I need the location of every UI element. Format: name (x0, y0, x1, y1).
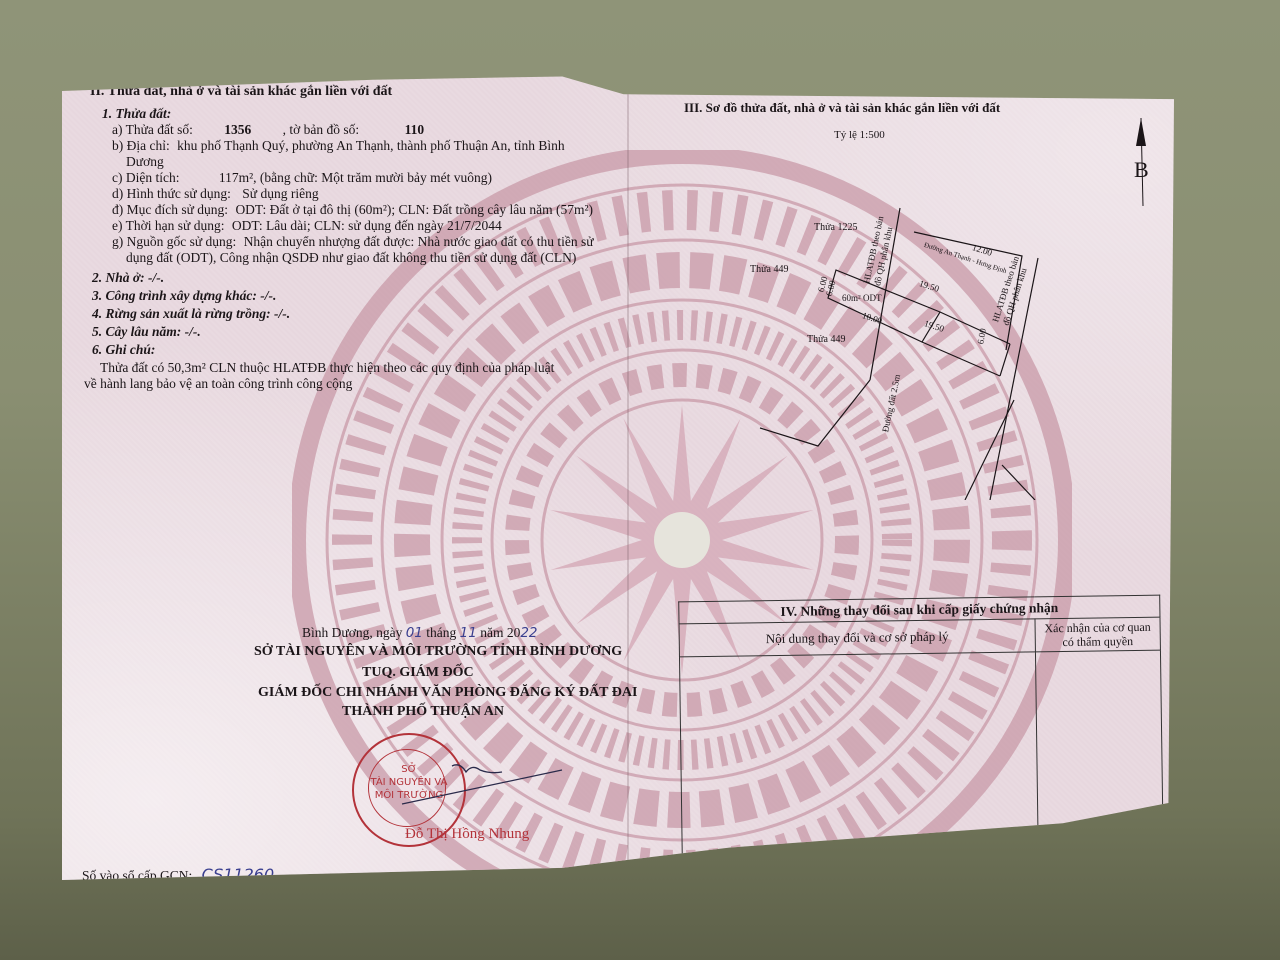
changes-table: IV. Những thay đổi sau khi cấp giấy chứn… (678, 595, 1164, 862)
label-thua-1225: Thửa 1225 (814, 220, 857, 237)
term-row: e) Thời hạn sử dụng: ODT: Lâu dài; CLN: … (112, 218, 502, 235)
parcel-row: a) Thửa đất số: 1356 , tờ bản đồ số: 110 (112, 122, 424, 139)
issuing-org: SỞ TÀI NGUYÊN VÀ MÔI TRƯỜNG TỈNH BÌNH DƯ… (254, 644, 622, 661)
col-authority-confirmation: Xác nhận của cơ quan có thẩm quyền (1035, 617, 1161, 652)
notes-line-1: Thửa đất có 50,3m² CLN thuộc HLATĐB thực… (100, 360, 554, 377)
forest-item: 4. Rừng sản xuất là rừng trồng: -/-. (92, 306, 290, 323)
origin-continuation: dụng đất (ODT), Công nhận QSDĐ như giao … (126, 250, 576, 267)
perennial-item: 5. Cây lâu năm: -/-. (92, 324, 201, 341)
parcel-label: a) Thửa đất số: (112, 122, 193, 137)
issue-date: Bình Dương, ngày 01 tháng 11 năm 2022 (302, 625, 538, 642)
registry-label: Số vào sổ cấp GCN: (82, 868, 192, 880)
address-label: b) Địa chỉ: (112, 138, 170, 153)
map-label: , tờ bản đồ số: (283, 122, 360, 137)
dim-6-c: 6.00 (972, 327, 991, 345)
purpose-row: đ) Mục đích sử dụng: ODT: Đất ở tại đô t… (112, 202, 593, 219)
map-number: 110 (405, 122, 425, 137)
issue-month: 11 (460, 625, 477, 641)
purpose-label: đ) Mục đích sử dụng: (112, 202, 228, 217)
area-label: c) Diện tích: (112, 170, 179, 185)
term-label: e) Thời hạn sử dụng: (112, 218, 224, 233)
usage-form-row: d) Hình thức sử dụng: Sử dụng riêng (112, 186, 319, 203)
usage-form-label: d) Hình thức sử dụng: (112, 186, 231, 201)
origin-label: g) Nguồn gốc sử dụng: (112, 234, 236, 249)
north-label: B (1134, 158, 1149, 182)
parcel-number: 1356 (224, 122, 251, 137)
label-thua-449-bottom: Thửa 449 (807, 332, 845, 349)
issue-year: 22 (520, 625, 537, 641)
address-continuation: Dương (126, 154, 164, 171)
registry-number: CS11260 (202, 865, 275, 880)
change-content-cell (679, 652, 1038, 861)
area-value: 117m², (bằng chữ: Một trăm mười bảy mét … (219, 170, 492, 185)
page-fold (627, 70, 629, 880)
label-thua-449-top: Thửa 449 (750, 262, 788, 279)
origin-row: g) Nguồn gốc sử dụng: Nhận chuyển nhượng… (112, 234, 594, 251)
address-row: b) Địa chỉ: khu phố Thạnh Quý, phường An… (112, 138, 565, 155)
term-value: ODT: Lâu dài; CLN: sử dụng đến ngày 21/7… (232, 218, 502, 233)
land-heading: 1. Thửa đất: (102, 106, 171, 123)
usage-form-value: Sử dụng riêng (242, 186, 318, 201)
origin-value: Nhận chuyển nhượng đất được: Nhà nước gi… (244, 234, 594, 249)
tuq-line: TUQ. GIÁM ĐỐC (362, 665, 474, 682)
notes-heading: 6. Ghi chú: (92, 342, 155, 359)
area-row: c) Diện tích: 117m², (bằng chữ: Một trăm… (112, 170, 492, 187)
address-value: khu phố Thạnh Quý, phường An Thạnh, thàn… (177, 138, 565, 153)
issue-day: 01 (406, 625, 423, 641)
house-item: 2. Nhà ở: -/-. (92, 270, 164, 287)
section3-title: III. Sơ đồ thửa đất, nhà ở và tài sản kh… (684, 100, 1000, 117)
other-construction-item: 3. Công trình xây dựng khác: -/-. (92, 288, 276, 305)
notes-line-2: về hành lang bảo vệ an toàn công trình c… (84, 376, 352, 393)
section2-title: II. Thửa đất, nhà ở và tài sản khác gắn … (90, 84, 392, 101)
role-line-2: THÀNH PHỐ THUẬN AN (342, 704, 504, 721)
role-line-1: GIÁM ĐỐC CHI NHÁNH VĂN PHÒNG ĐĂNG KÝ ĐẤT… (258, 685, 637, 702)
registry-row: Số vào sổ cấp GCN: CS11260 (82, 867, 274, 880)
col-change-content: Nội dung thay đổi và cơ sở pháp lý (679, 619, 1035, 657)
signature-scribble-icon (392, 752, 572, 812)
label-odt: 60m² ODT (842, 290, 881, 307)
land-certificate-page: II. Thửa đất, nhà ở và tài sản khác gắn … (62, 70, 1174, 880)
signer-name: Đỗ Thị Hồng Nhung (405, 826, 529, 843)
purpose-value: ODT: Đất ở tại đô thị (60m²); CLN: Đất t… (235, 202, 593, 217)
parcel-diagram (750, 200, 1090, 500)
authority-confirmation-cell (1035, 650, 1163, 856)
map-scale: Tỷ lệ 1:500 (834, 127, 885, 144)
